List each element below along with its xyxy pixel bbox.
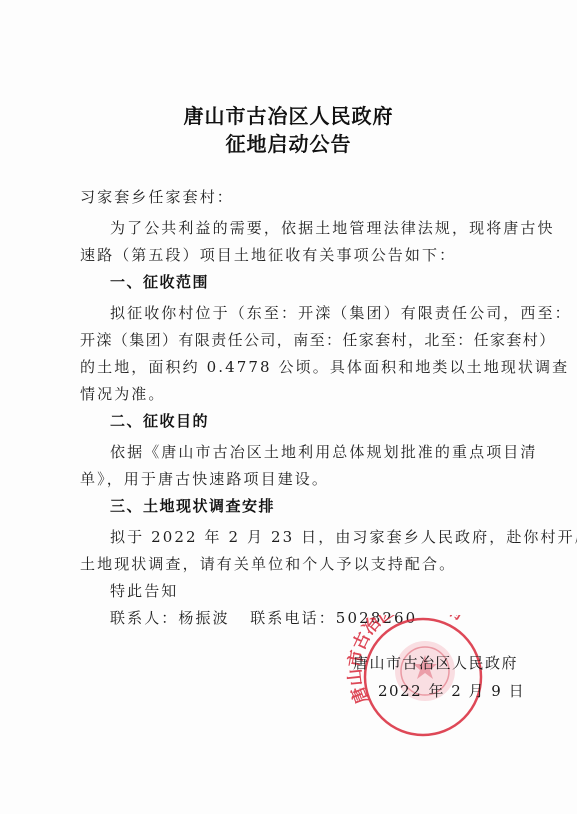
- salutation: 习家套乡任家套村：: [80, 187, 510, 207]
- scope-line-2: 开滦（集团）有限责任公司，南至：任家套村，北至：任家套村）: [80, 330, 510, 350]
- signature-organization: 唐山市古冶区人民政府: [353, 652, 518, 673]
- section-heading-purpose: 二、征收目的: [110, 411, 540, 431]
- section-heading-scope: 一、征收范围: [110, 272, 540, 292]
- closing-text: 特此告知: [110, 581, 540, 601]
- purpose-line-2: 单》，用于唐古快速路项目建设。: [80, 469, 510, 489]
- survey-line-1: 拟于 2022 年 2 月 23 日，由习家套乡人民政府，赴你村开展: [110, 527, 540, 547]
- survey-line-2: 土地现状调查，请有关单位和个人予以支持配合。: [80, 554, 510, 574]
- document-page: 唐山市古冶区人民政府 征地启动公告 习家套乡任家套村： 为了公共利益的需要，依据…: [0, 0, 577, 814]
- intro-line-1: 为了公共利益的需要，依据土地管理法律法规，现将唐古快: [110, 218, 540, 238]
- purpose-line-1: 依据《唐山市古冶区土地利用总体规划批准的重点项目清: [110, 442, 540, 462]
- document-subtitle: 征地启动公告: [0, 128, 577, 157]
- signature-date: 2022 年 2 月 9 日: [378, 680, 525, 701]
- scope-line-1: 拟征收你村位于（东至：开滦（集团）有限责任公司，西至：: [110, 303, 540, 323]
- scope-line-4: 情况为准。: [80, 384, 510, 404]
- scope-line-3: 的土地，面积约 0.4778 公顷。具体面积和地类以土地现状调查: [80, 357, 510, 377]
- section-heading-survey: 三、土地现状调查安排: [110, 496, 540, 516]
- intro-line-2: 速路（第五段）项目土地征收有关事项公告如下：: [80, 245, 510, 265]
- document-title: 唐山市古冶区人民政府: [0, 100, 577, 129]
- official-red-seal-icon: 唐山市古冶区人民政府: [345, 615, 495, 737]
